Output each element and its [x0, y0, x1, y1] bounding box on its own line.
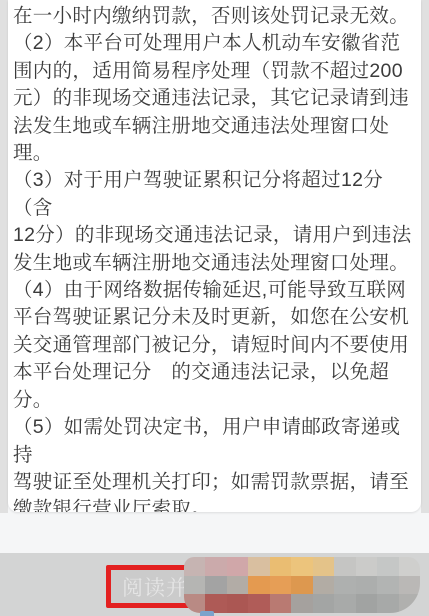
- mosaic-cell: [377, 557, 398, 576]
- mosaic-cell: [334, 557, 355, 576]
- blue-mark: [200, 611, 214, 616]
- mosaic-cell: [184, 557, 205, 576]
- left-margin-strip: [0, 0, 8, 513]
- mosaic-cell: [399, 576, 420, 595]
- mosaic-cell: [248, 594, 269, 613]
- mosaic-cell: [334, 594, 355, 613]
- mosaic-cell: [248, 557, 269, 576]
- mosaic-cell: [291, 557, 312, 576]
- mosaic-cell: [270, 576, 291, 595]
- terms-text: 在一小时内缴纳罚款，否则该处罚记录无效。 （2）本平台可处理用户本人机动车安徽省…: [8, 0, 421, 512]
- mosaic-cell: [270, 557, 291, 576]
- mosaic-cell: [291, 576, 312, 595]
- right-margin-strip: [421, 0, 429, 513]
- censor-mosaic: [184, 557, 420, 613]
- mosaic-cell: [248, 576, 269, 595]
- mosaic-cell: [356, 594, 377, 613]
- mosaic-cell: [313, 576, 334, 595]
- terms-card: 在一小时内缴纳罚款，否则该处罚记录无效。 （2）本平台可处理用户本人机动车安徽省…: [8, 0, 421, 512]
- mosaic-cell: [356, 576, 377, 595]
- mosaic-cell: [334, 576, 355, 595]
- mosaic-cell: [313, 557, 334, 576]
- mosaic-cell: [377, 594, 398, 613]
- mosaic-cell: [270, 594, 291, 613]
- screen: 在一小时内缴纳罚款，否则该处罚记录无效。 （2）本平台可处理用户本人机动车安徽省…: [0, 0, 429, 616]
- mosaic-cell: [227, 557, 248, 576]
- mosaic-cell: [313, 594, 334, 613]
- mosaic-cell: [291, 594, 312, 613]
- mosaic-cell: [227, 576, 248, 595]
- mosaic-cell: [205, 576, 226, 595]
- mosaic-cell: [184, 576, 205, 595]
- mosaic-cell: [377, 576, 398, 595]
- mosaic-cell: [356, 557, 377, 576]
- mosaic-cell: [227, 594, 248, 613]
- mosaic-cell: [205, 557, 226, 576]
